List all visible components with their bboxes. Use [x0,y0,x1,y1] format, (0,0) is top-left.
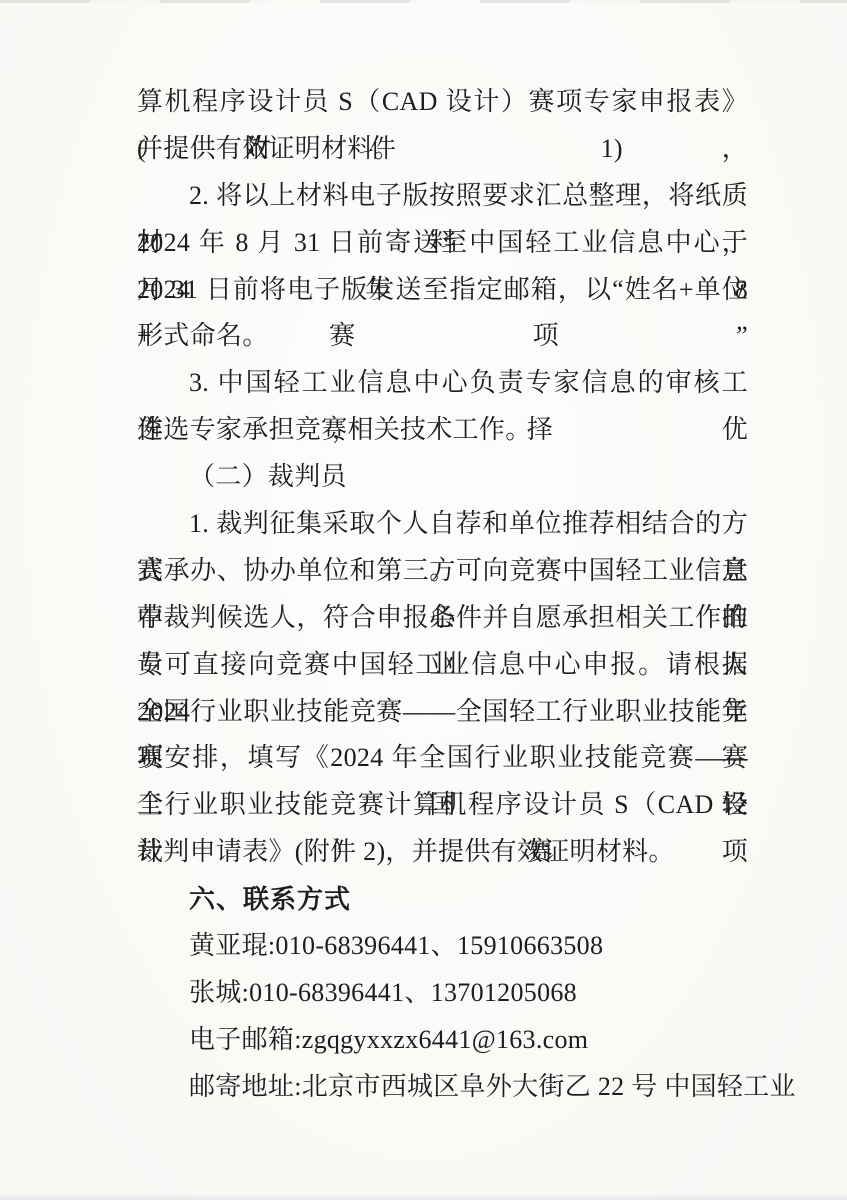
body-line: 月 31 日前将电子版发送至指定邮箱，以“姓名+单位+赛项” [137,267,748,314]
body-line: 裁判申请表》(附件 2)，并提供有效证明材料。 [137,829,748,876]
body-line: 赛承办、协办单位和第三方可向竞赛中国轻工业信息中心推 [137,548,748,595]
body-line-item-3: 3. 中国轻工业信息中心负责专家信息的审核工作，择优 [137,360,748,407]
contact-line-email: 电子邮箱:zgqgyxxzx6441@163.com [137,1017,748,1064]
heading-contact-info: 六、联系方式 [137,876,748,923]
body-line: 全国行业职业技能竞赛——全国轻工行业职业技能竞赛赛 [137,689,748,736]
body-line: 员可直接向竞赛中国轻工业信息中心申报。请根据 2024 年 [137,642,748,689]
scanned-document-page: 算机程序设计员 S（CAD 设计）赛项专家申报表》(附件 1)， 并提供有效证明… [0,0,847,1200]
subheading-referee: （二）裁判员 [137,454,748,501]
body-line: 荐裁判候选人，符合申报条件并自愿承担相关工作的专业人 [137,595,748,642]
contact-line-zhang: 张城:010-68396441、13701205068 [137,970,748,1017]
body-line: 工行业职业技能竞赛计算机程序设计员 S（CAD 设计）赛项 [137,782,748,829]
body-line-item-2: 2. 将以上材料电子版按照要求汇总整理，将纸质材料于 [137,173,748,220]
body-line: 算机程序设计员 S（CAD 设计）赛项专家申报表》(附件 1)， [137,79,748,126]
body-line: 项安排，填写《2024 年全国行业职业技能竞赛——全国轻 [137,735,748,782]
contact-line-huang: 黄亚琨:010-68396441、15910663508 [137,923,748,970]
body-line-item-1: 1. 裁判征集采取个人自荐和单位推荐相结合的方式。竞 [137,501,748,548]
document-text-block: 算机程序设计员 S（CAD 设计）赛项专家申报表》(附件 1)， 并提供有效证明… [137,79,748,1111]
body-line: 2024 年 8 月 31 日前寄送至中国轻工业信息中心，2024 年 8 [137,220,748,267]
scan-artifact-bottom-edge [0,1195,847,1200]
scan-artifact-top-edge [0,0,847,3]
contact-line-address: 邮寄地址:北京市西城区阜外大街乙 22 号 中国轻工业 [137,1064,748,1111]
